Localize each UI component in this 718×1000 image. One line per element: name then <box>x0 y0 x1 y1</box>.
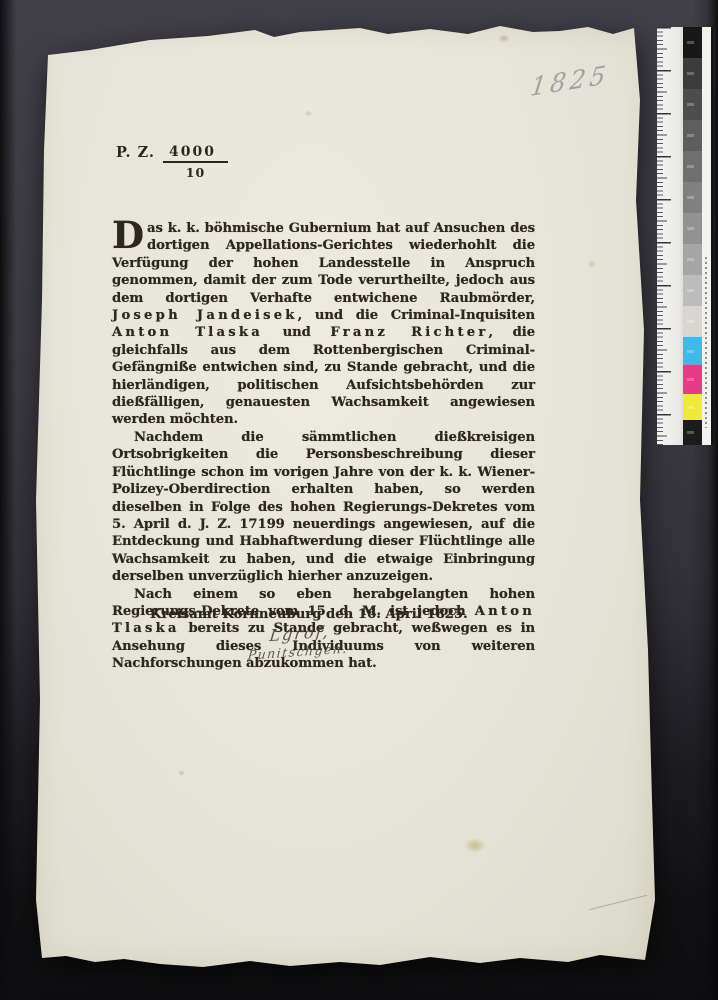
document-sheet: 1825 P. Z. 4000 10 Das k. k. böhmische G… <box>28 22 660 970</box>
scanner-background: 1825 P. Z. 4000 10 Das k. k. böhmische G… <box>0 0 718 1000</box>
reference-fraction: 4000 10 <box>163 144 228 180</box>
paper-crease <box>589 895 647 910</box>
reference-prefix: P. Z. <box>116 144 155 161</box>
emphasized-name: Joseph Jandeisek <box>112 308 298 323</box>
gray-step-6 <box>683 182 702 213</box>
gray-step-9 <box>683 275 702 306</box>
grayscale-color-patches <box>683 27 702 445</box>
gray-step-2 <box>683 58 702 89</box>
foxing-stain <box>498 34 510 43</box>
dateline: Kreisamt Kornneuburg den 16. April 1825. <box>112 607 535 622</box>
gray-step-3 <box>683 89 702 120</box>
gray-step-7 <box>683 213 702 244</box>
gray-step-10 <box>683 306 702 337</box>
foxing-stain <box>464 838 486 853</box>
gray-step-8 <box>683 244 702 275</box>
reference-denominator: 10 <box>186 163 205 180</box>
body-text: Das k. k. böhmische Gubernium hat auf An… <box>112 220 535 673</box>
paper-surface: 1825 P. Z. 4000 10 Das k. k. böhmische G… <box>28 22 660 970</box>
emphasized-name: Franz Richter <box>330 325 488 340</box>
gray-step-5 <box>683 151 702 182</box>
foxing-stain <box>588 260 596 268</box>
calibration-side-label-strip <box>702 27 713 445</box>
emphasized-name: Anton Tlaska <box>112 325 263 340</box>
ruler-scale <box>657 27 683 445</box>
foxing-stain <box>178 770 185 776</box>
calibration-target <box>657 27 713 445</box>
paragraph-2: Nachdem die sämmtlichen dießkreisigen Or… <box>112 429 535 586</box>
magenta-patch <box>683 365 702 394</box>
gray-step-4 <box>683 120 702 151</box>
reference-numerator: 4000 <box>163 144 228 163</box>
foxing-stain <box>304 110 313 117</box>
pencil-annotation-year: 1825 <box>529 55 641 102</box>
gray-step-1 <box>683 27 702 58</box>
cyan-patch <box>683 337 702 365</box>
black-patch <box>683 420 702 445</box>
paragraph-1: Das k. k. böhmische Gubernium hat auf An… <box>112 220 535 429</box>
file-reference-number: P. Z. 4000 10 <box>116 144 228 180</box>
yellow-patch <box>683 394 702 420</box>
